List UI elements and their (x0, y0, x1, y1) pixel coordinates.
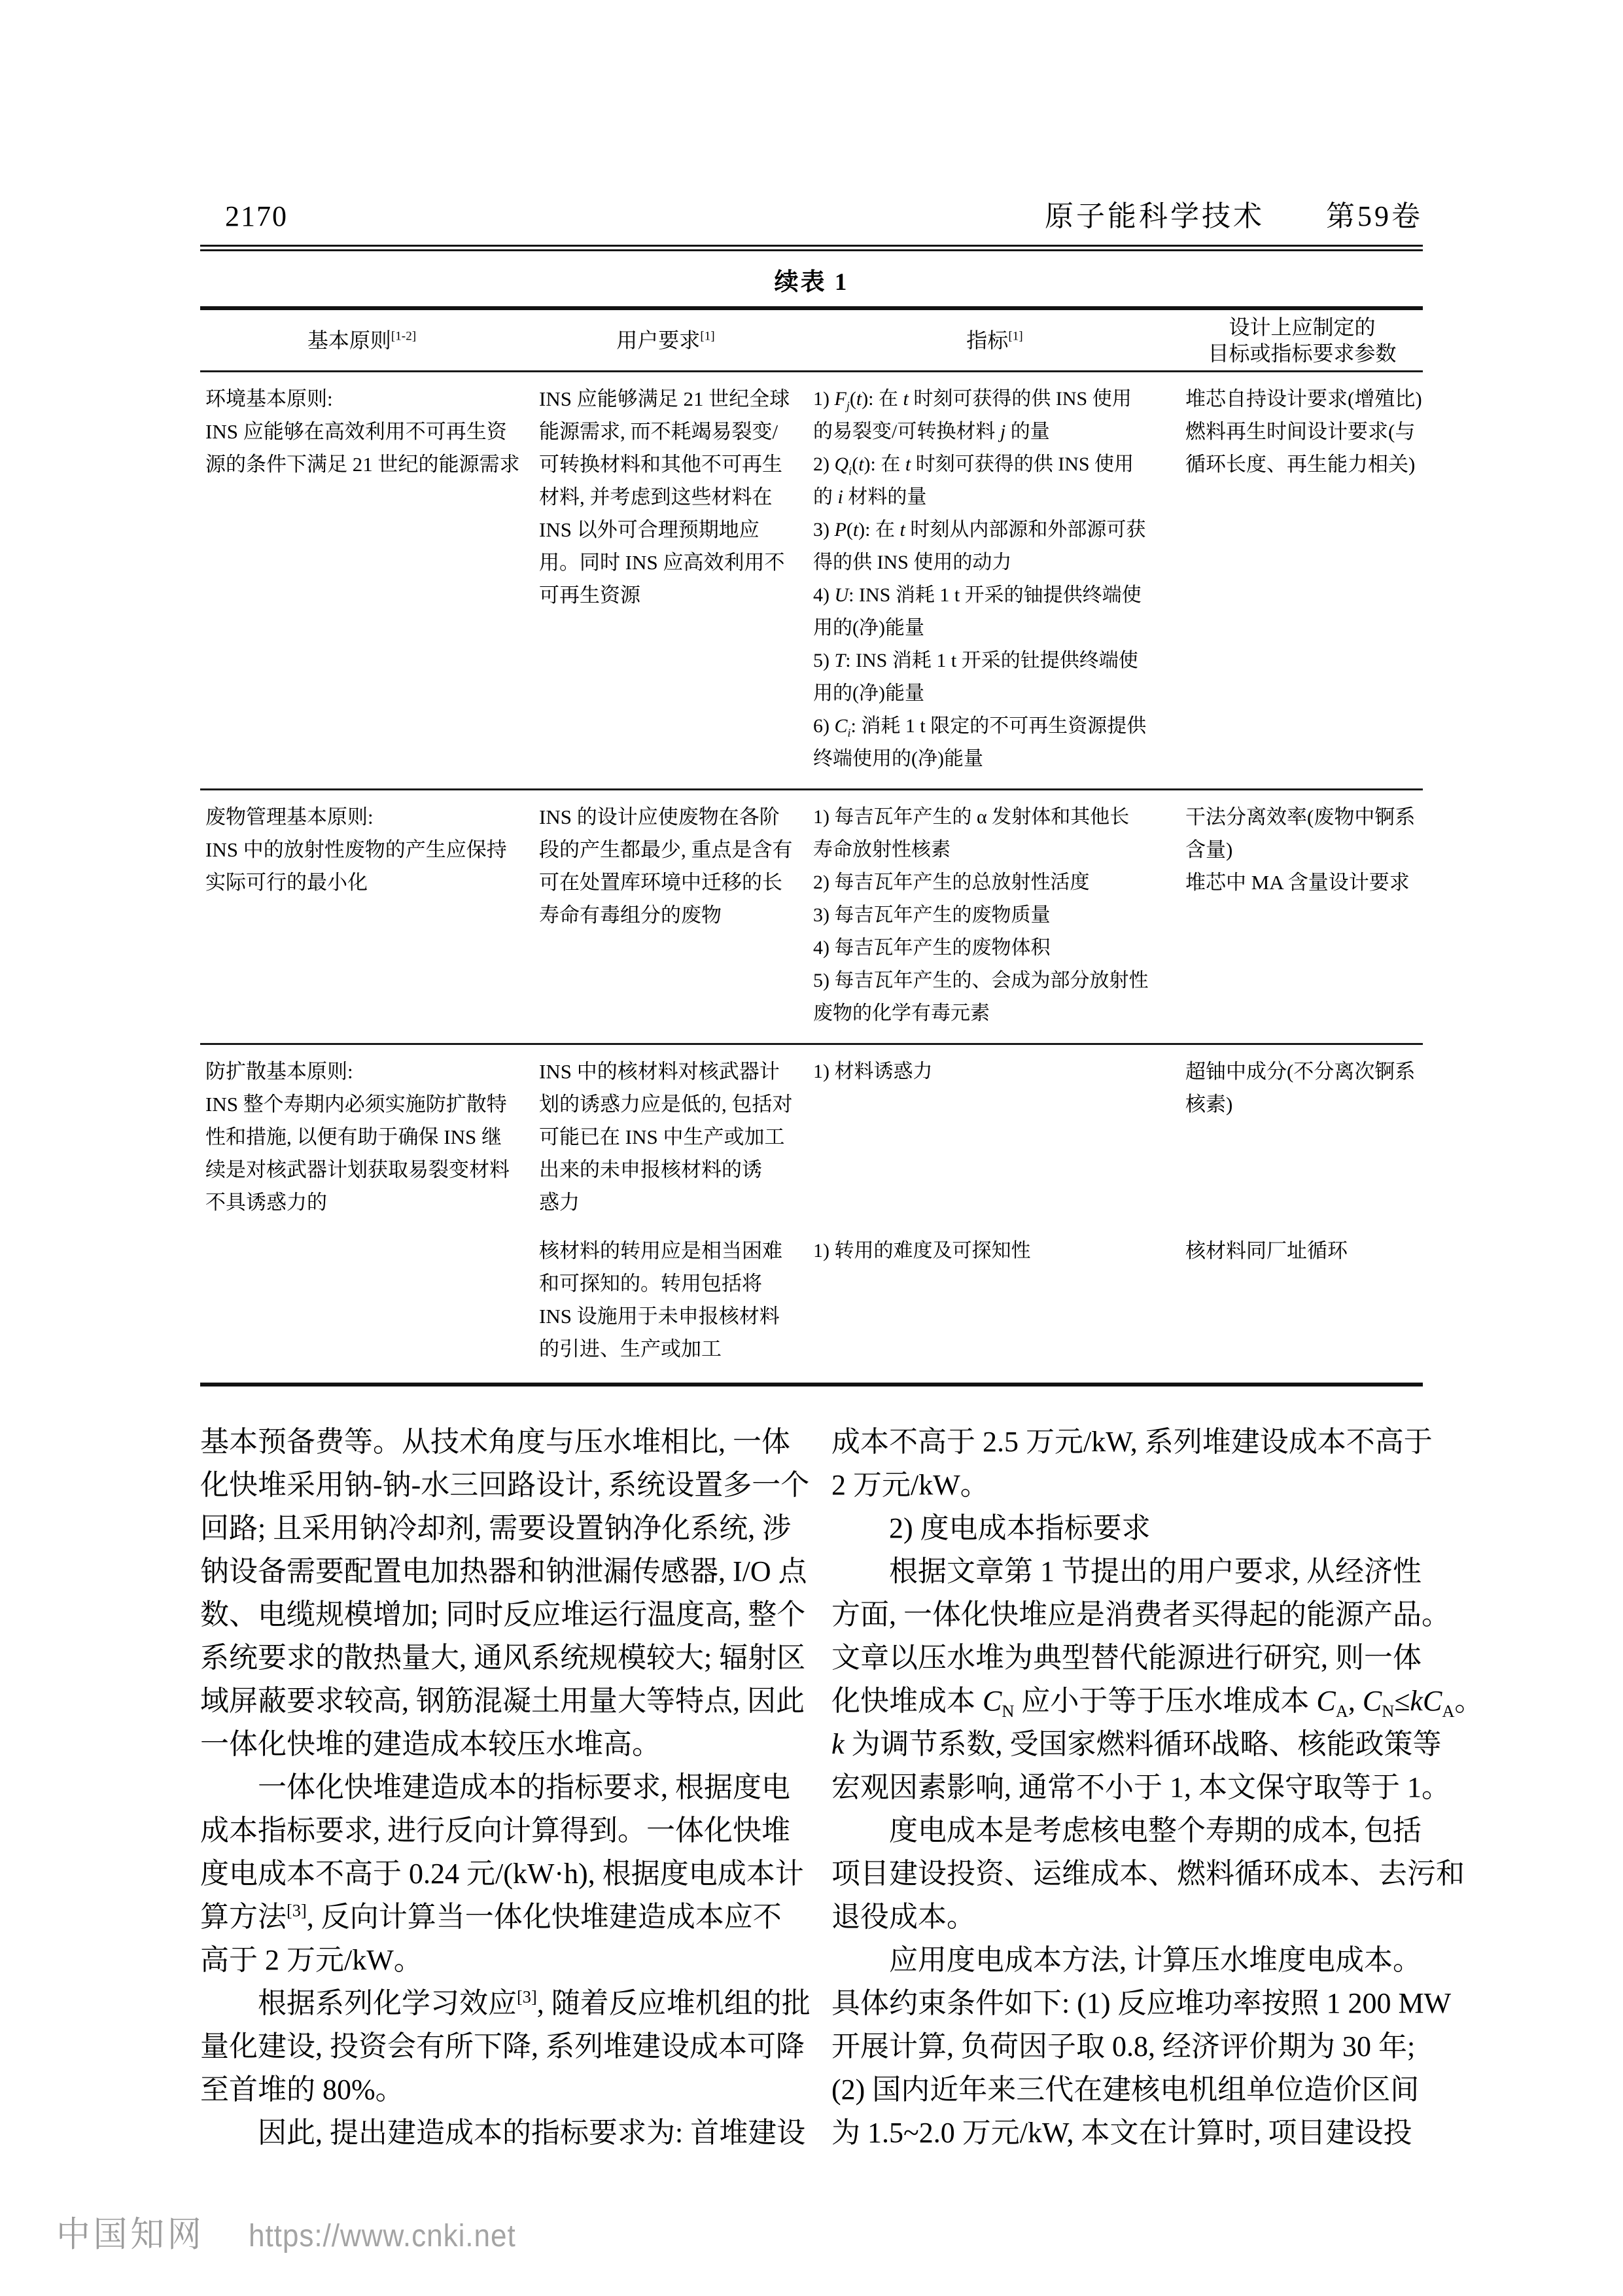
table-row-waste-management: 废物管理基本原则:INS 中的放射性废物的产生应保持实际可行的最小化 INS 的… (200, 790, 1423, 1043)
cell-principle (200, 1232, 523, 1383)
page-number: 2170 (200, 200, 288, 233)
table-caption: 续表 1 (200, 262, 1423, 297)
cell-user-requirement: INS 中的核材料对核武器计划的诱惑力应是低的, 包括对可能已在 INS 中生产… (523, 1045, 808, 1232)
cell-principle: 环境基本原则:INS 应能够在高效利用不可再生资源的条件下满足 21 世纪的能源… (200, 372, 523, 788)
body-text: 基本预备费等。从技术角度与压水堆相比, 一体化快堆采用钠-钠-水三回路设计, 系… (200, 1421, 1423, 2155)
body-column-left: 基本预备费等。从技术角度与压水堆相比, 一体化快堆采用钠-钠-水三回路设计, 系… (200, 1421, 792, 2155)
volume-label: 第59卷 (1326, 192, 1423, 234)
cell-indicators: 1) 转用的难度及可探知性 (808, 1232, 1181, 1383)
column-header-principle: 基本原则[1-2] (200, 327, 523, 353)
cnki-url: https://www.cnki.net (249, 2218, 516, 2254)
table-header-row: 基本原则[1-2] 用户要求[1] 指标[1] 设计上应制定的目标或指标要求参数 (200, 310, 1423, 370)
cell-user-requirement: INS 的设计应使废物在各阶段的产生都最少, 重点是含有可在处置库环境中迁移的长… (523, 790, 808, 1043)
journal-page: 2170 原子能科学技术 第59卷 续表 1 基本原则[1-2] 用户要求[1]… (0, 0, 1623, 2296)
table-row-proliferation: 防扩散基本原则:INS 整个寿期内必须实施防扩散特性和措施, 以便有助于确保 I… (200, 1045, 1423, 1232)
cell-indicators: 1) 材料诱惑力 (808, 1045, 1181, 1232)
cell-user-requirement: INS 应能够满足 21 世纪全球能源需求, 而不耗竭易裂变/可转换材料和其他不… (523, 372, 808, 788)
cell-design-params: 干法分离效率(废物中锕系含量)堆芯中 MA 含量设计要求 (1181, 790, 1423, 1043)
cell-principle: 废物管理基本原则:INS 中的放射性废物的产生应保持实际可行的最小化 (200, 790, 523, 1043)
table-bottom-rule (200, 1383, 1423, 1386)
journal-title: 原子能科学技术 (1045, 192, 1265, 234)
column-header-design-params: 设计上应制定的目标或指标要求参数 (1181, 314, 1423, 366)
body-column-right: 成本不高于 2.5 万元/kW, 系列堆建设成本不高于2 万元/kW。 2) 度… (831, 1421, 1423, 2155)
cell-principle: 防扩散基本原则:INS 整个寿期内必须实施防扩散特性和措施, 以便有助于确保 I… (200, 1045, 523, 1232)
table-row-proliferation-diversion: 核材料的转用应是相当困难和可探知的。转用包括将INS 设施用于未申报核材料的引进… (200, 1232, 1423, 1383)
page-header: 2170 原子能科学技术 第59卷 (200, 0, 1423, 234)
cnki-watermark: 中国知网 https://www.cnki.net (56, 2206, 539, 2257)
table-row-environment: 环境基本原则:INS 应能够在高效利用不可再生资源的条件下满足 21 世纪的能源… (200, 372, 1423, 788)
header-double-rule (200, 245, 1423, 251)
cell-design-params: 超铀中成分(不分离次锕系核素) (1181, 1045, 1423, 1232)
column-gutter (792, 1421, 831, 2155)
column-header-user-requirement: 用户要求[1] (523, 327, 808, 353)
cnki-brand: 中国知网 (56, 2206, 205, 2257)
cell-indicators: 1) 每吉瓦年产生的 α 发射体和其他长寿命放射性核素2) 每吉瓦年产生的总放射… (808, 790, 1181, 1043)
cell-design-params: 核材料同厂址循环 (1181, 1232, 1423, 1383)
cell-user-requirement: 核材料的转用应是相当困难和可探知的。转用包括将INS 设施用于未申报核材料的引进… (523, 1232, 808, 1383)
cell-design-params: 堆芯自持设计要求(增殖比)燃料再生时间设计要求(与循环长度、再生能力相关) (1181, 372, 1423, 788)
cell-indicators: 1) Fj(t): 在 t 时刻可获得的供 INS 使用的易裂变/可转换材料 j… (808, 372, 1181, 788)
column-header-indicator: 指标[1] (808, 327, 1181, 353)
